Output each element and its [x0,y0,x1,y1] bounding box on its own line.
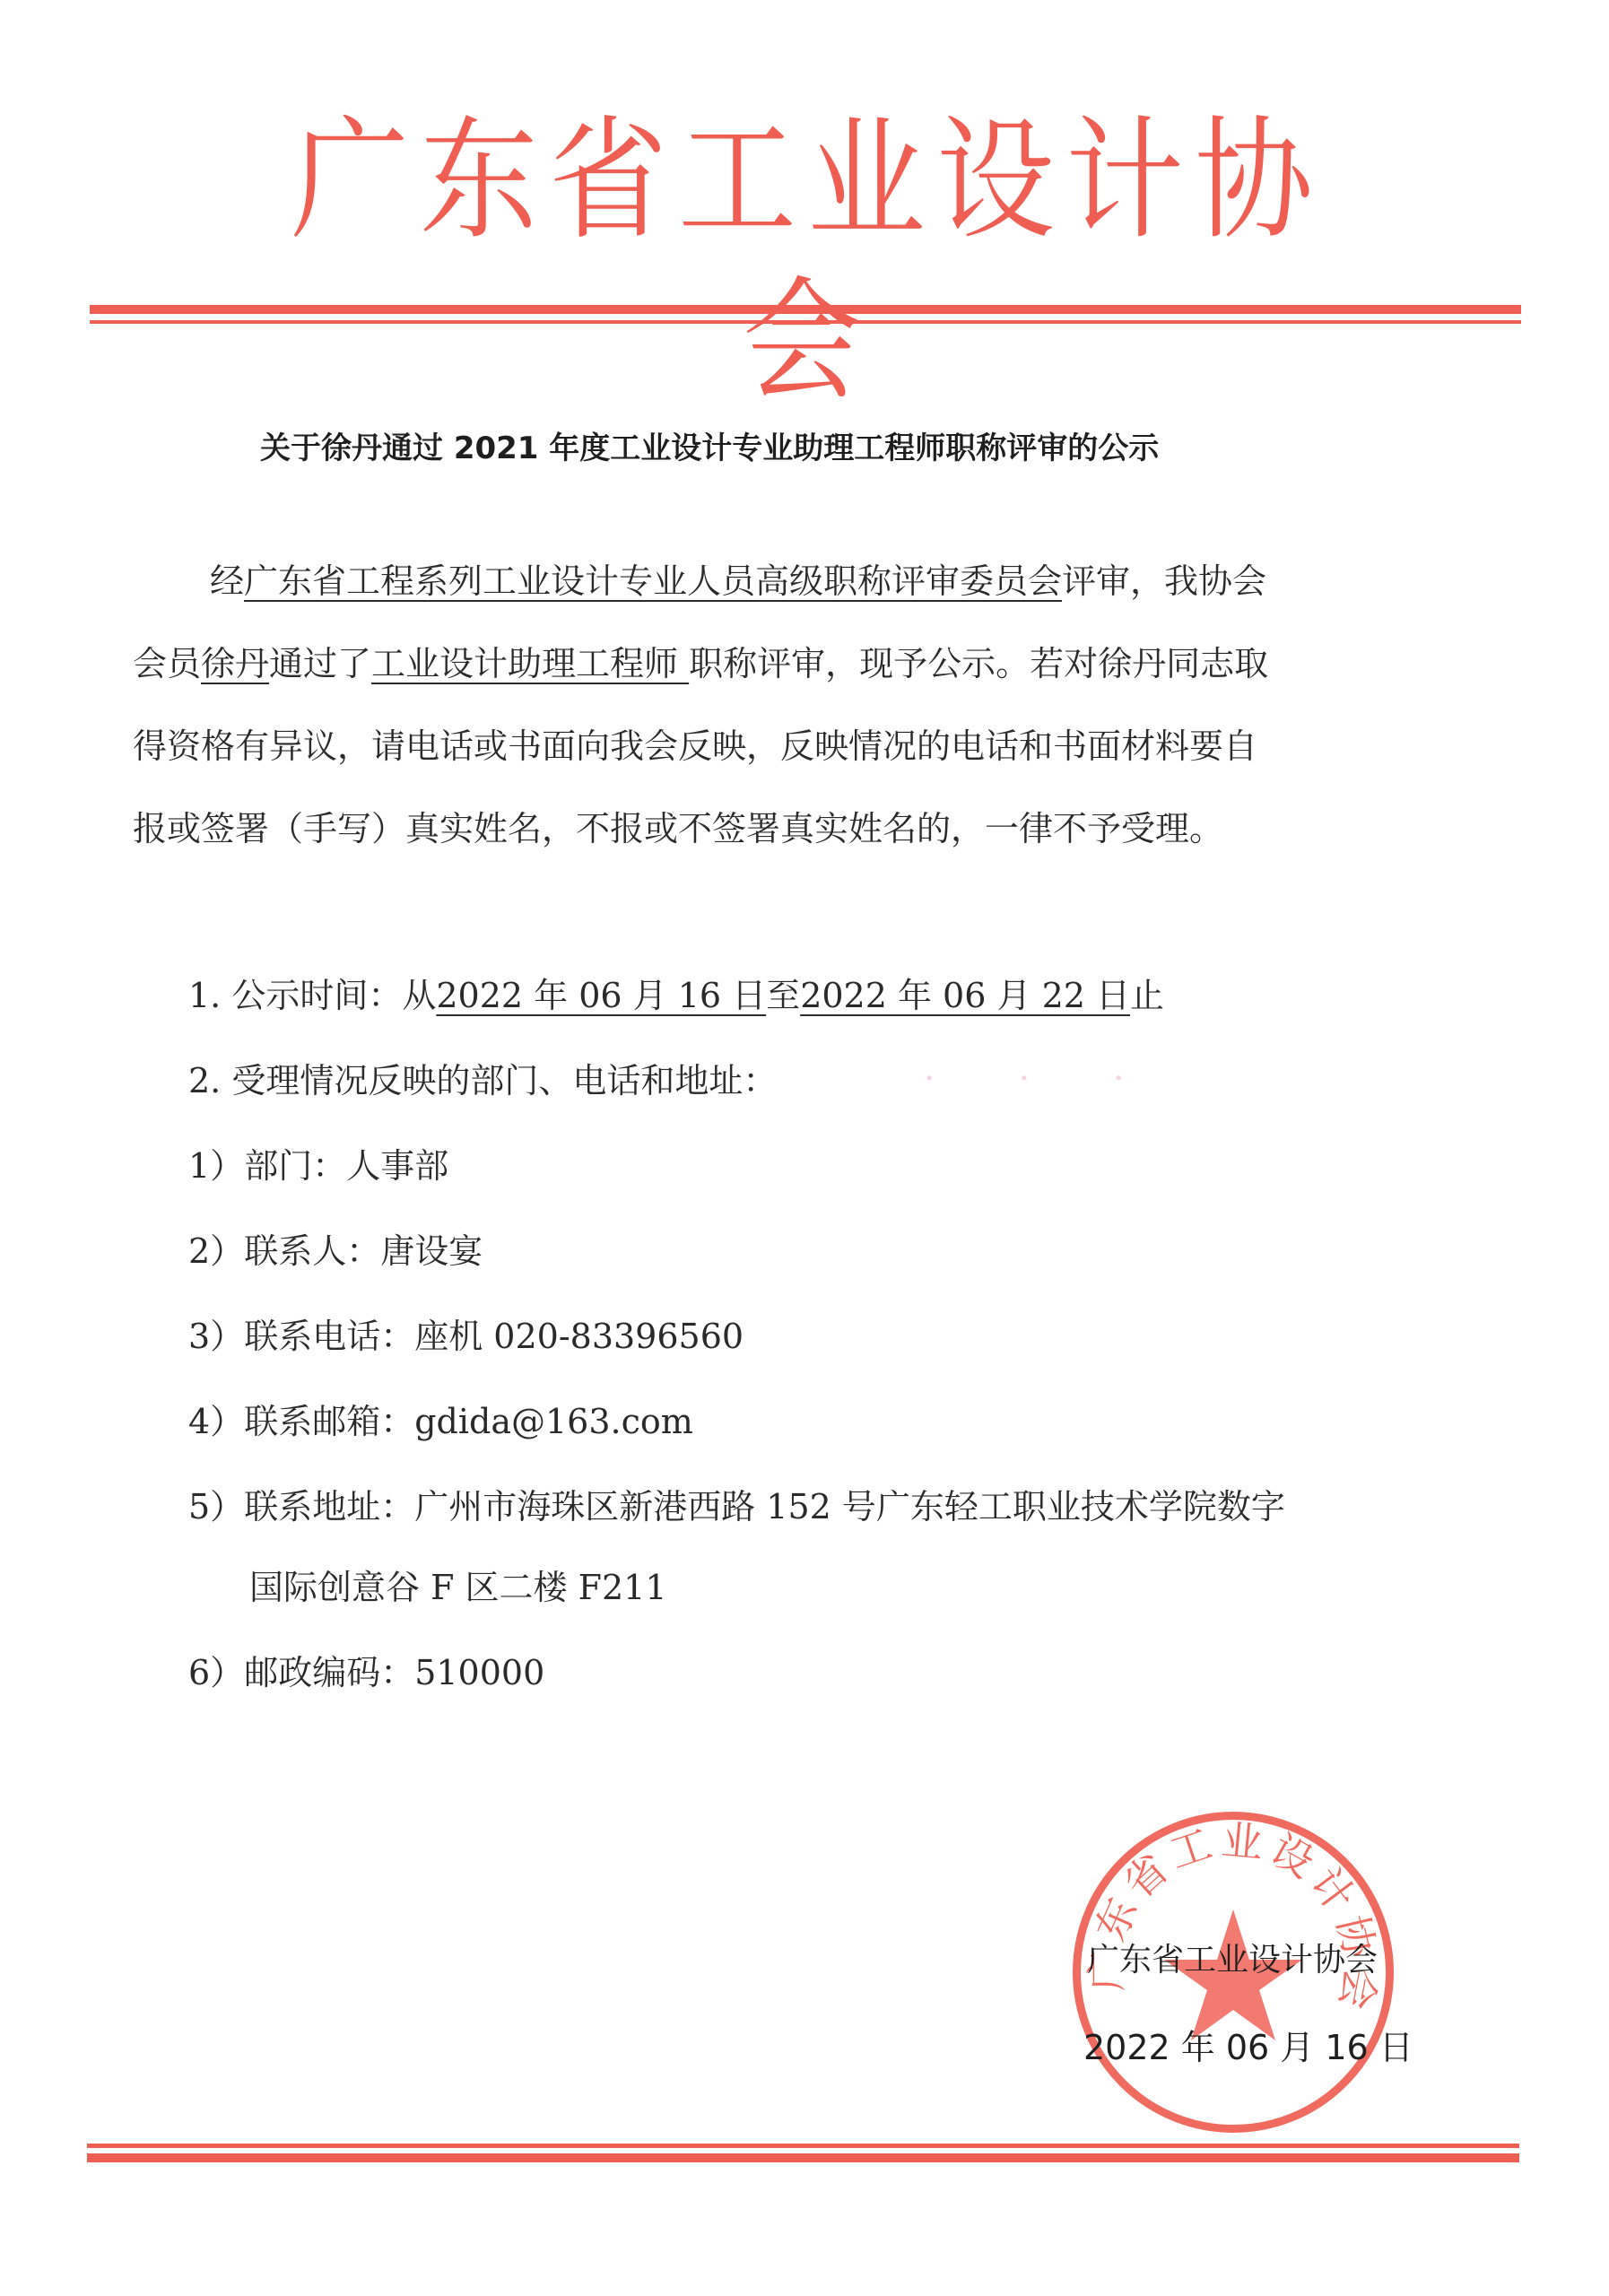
document-heading: 关于徐丹通过 2021 年度工业设计专业助理工程师职称评审的公示 [260,429,1372,468]
item-number: 1. [188,976,231,1015]
item-publicity-period: 1. 公示时间：从2022 年 06 月 16 日至2022 年 06 月 22… [188,969,1164,1022]
department-value: 人事部 [346,1146,448,1186]
committee-name: 广东省工程系列工业设计专业人员高级职称评审委员会 [244,561,1062,601]
item-label: 联系邮箱： [244,1402,414,1441]
body-line-2: 会员徐丹通过了工业设计助理工程师 职称评审，现予公示。若对徐丹同志取 [133,622,1433,705]
item-number: 2） [188,1231,244,1271]
body-line-1: 经广东省工程系列工业设计专业人员高级职称评审委员会评审，我协会 [133,540,1433,622]
sub-item-department: 1）部门：人事部 [188,1139,448,1193]
text: 职称评审，现予公示。若对徐丹同志取 [689,644,1268,683]
sub-item-postcode: 6）邮政编码：510000 [188,1646,544,1700]
start-date: 2022 年 06 月 16 日 [436,976,766,1015]
body-paragraph: 经广东省工程系列工业设计专业人员高级职称评审委员会评审，我协会 会员徐丹通过了工… [133,540,1433,870]
item-number: 4） [188,1402,244,1441]
address-value: 广州市海珠区新港西路 152 号广东轻工职业技术学院数字 [414,1487,1285,1526]
item-label: 邮政编码： [244,1653,414,1692]
sub-item-address: 5）联系地址：广州市海珠区新港西路 152 号广东轻工职业技术学院数字 [188,1480,1285,1534]
title-name: 工业设计助理工程师 [371,644,689,683]
text: 经 [210,561,244,601]
text: 会员 [133,644,201,683]
sub-item-email: 4）联系邮箱：gdida@163.com [188,1395,693,1448]
sub-item-address-continued: 国际创意谷 F 区二楼 F211 [249,1561,667,1614]
letterhead-title: 广东省工业设计协会 [269,100,1345,261]
contact-person-value: 唐设宴 [380,1231,483,1271]
footer-divider-thick [87,2153,1519,2162]
end-date: 2022 年 06 月 22 日 [800,976,1130,1015]
item-number: 2. [188,1061,231,1100]
item-label: 联系人： [244,1231,380,1271]
sub-item-phone: 3）联系电话：座机 020-83396560 [188,1309,744,1363]
item-label: 受理情况反映的部门、电话和地址： [231,1061,777,1100]
body-line-3: 得资格有异议，请电话或书面向我会反映，反映情况的电话和书面材料要自 [133,705,1433,787]
header-divider-thick [90,305,1521,314]
faint-stamp-residue: · · · [924,1058,1161,1100]
member-name: 徐丹 [201,644,269,683]
item-label: 公示时间：从 [231,976,436,1015]
item-number: 3） [188,1317,244,1356]
item-number: 5） [188,1487,244,1526]
item-label: 联系地址： [244,1487,414,1526]
signature-organization: 广东省工业设计协会 [1087,1939,1378,1982]
item-label: 联系电话： [244,1317,414,1356]
footer-divider-thin [87,2144,1519,2148]
text: 评审，我协会 [1062,561,1266,601]
text: 止 [1130,976,1164,1015]
item-number: 6） [188,1653,244,1692]
item-contact-info: 2. 受理情况反映的部门、电话和地址： [188,1054,777,1108]
item-number: 1） [188,1146,244,1186]
email-value: gdida@163.com [414,1402,693,1441]
header-divider-thin [90,320,1521,324]
phone-value: 座机 020-83396560 [414,1317,744,1356]
item-label: 部门： [244,1146,346,1186]
text: 通过了 [269,644,371,683]
signature-date: 2022 年 06 月 16 日 [1083,2025,1413,2070]
body-line-4: 报或签署（手写）真实姓名，不报或不签署真实姓名的，一律不予受理。 [133,787,1433,870]
text: 至 [766,976,800,1015]
postcode-value: 510000 [414,1653,544,1692]
sub-item-contact-person: 2）联系人：唐设宴 [188,1224,483,1278]
